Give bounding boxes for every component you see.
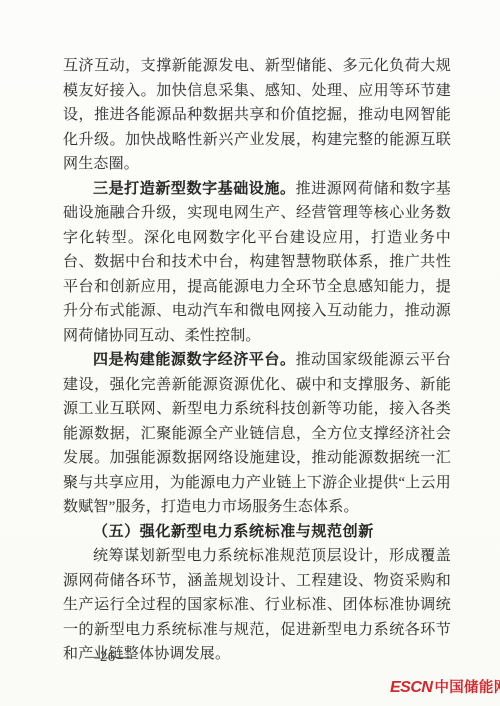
paragraph-text: 统筹谋划新型电力系统标准规范顶层设计，形成覆盖源网荷储各环节，涵盖规划设计、工程… <box>63 548 451 662</box>
paragraph-text: 推动国家级能源云平台建设，强化完善新能源资源优化、碳中和支撑服务、新能源工业互联… <box>63 352 451 515</box>
paragraph-text: 推进源网荷储和数字基础设施融合升级，实现电网生产、经营管理等核心业务数字化转型。… <box>63 181 451 344</box>
section-heading-standards: （五）强化新型电力系统标准与规范创新 <box>63 520 451 545</box>
section-heading-text: （五）强化新型电力系统标准与规范创新 <box>93 524 374 540</box>
paragraph-digital-economy-platform: 四是构建能源数字经济平台。推动国家级能源云平台建设，强化完善新能源资源优化、碳中… <box>63 348 451 520</box>
paragraph-continuation: 互济互动，支撑新能源发电、新型储能、多元化负荷大规模友好接入。加快信息采集、感知… <box>63 54 451 177</box>
document-page: 互济互动，支撑新能源发电、新型储能、多元化负荷大规模友好接入。加快信息采集、感知… <box>0 0 500 706</box>
paragraph-text: 互济互动，支撑新能源发电、新型储能、多元化负荷大规模友好接入。加快信息采集、感知… <box>63 58 451 172</box>
paragraph-lead: 四是构建能源数字经济平台。 <box>93 352 296 368</box>
escn-logo: ESCN 中国储能网 <box>390 676 500 697</box>
paragraph-lead: 三是打造新型数字基础设施。 <box>93 181 296 197</box>
escn-logo-zh-text: 中国储能网 <box>434 676 500 697</box>
document-body: 互济互动，支撑新能源发电、新型储能、多元化负荷大规模友好接入。加快信息采集、感知… <box>63 54 451 667</box>
paragraph-digital-infrastructure: 三是打造新型数字基础设施。推进源网荷储和数字基础设施融合升级，实现电网生产、经营… <box>63 177 451 349</box>
page-number: —26— <box>85 649 131 666</box>
escn-logo-en-text: ESCN <box>390 679 432 697</box>
